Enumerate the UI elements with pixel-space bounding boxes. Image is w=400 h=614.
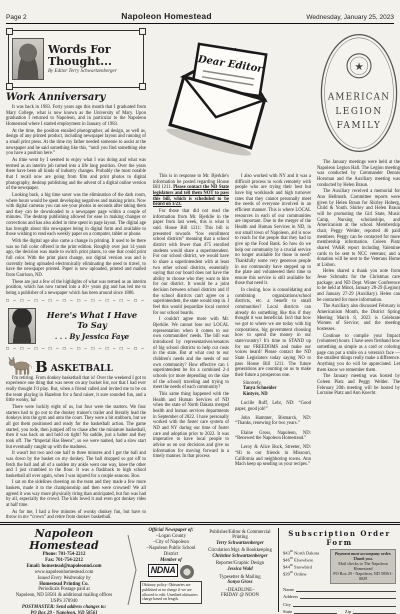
- address-field: [300, 593, 396, 599]
- letter-signature: Sincerely, Tanya Schneider Kintyre, ND: [243, 381, 311, 398]
- column-title: Here's What I Have To Say: [40, 310, 144, 330]
- staff-role: Publisher/Editor & Commercial Printing: [204, 530, 276, 542]
- field-label: Address: [283, 594, 300, 599]
- letter-paragraph: I couldn't agree more with Mr. Bjerklie.…: [153, 317, 229, 391]
- staff-name: Jessica Wald: [204, 567, 276, 573]
- field-label: Zip: [337, 609, 353, 614]
- words-for-thought-box: Words For Thought... By Editor Terry Sch…: [8, 30, 144, 88]
- column-byline: . . . By Jessica Faye: [40, 332, 144, 341]
- letter-paragraph: I also worked with NY and it was a diffi…: [235, 174, 311, 287]
- svg-text:LEGION: LEGION: [335, 107, 382, 117]
- name-field: [296, 586, 396, 592]
- signature-city: Kintyre, ND: [243, 392, 311, 398]
- form-line-state-zip: State Zip: [283, 607, 396, 614]
- member-logos: NDNA: [140, 563, 202, 579]
- legion-paragraph: The January meetings were held at the Na…: [317, 160, 400, 188]
- svg-text:FAMILY: FAMILY: [336, 121, 381, 131]
- column-left: Words For Thought... By Editor Terry Sch…: [6, 28, 146, 518]
- field-label: State: [283, 609, 294, 614]
- field-label: Name: [283, 587, 296, 592]
- ornamental-divider: □ ~ □ ~ □ ~ □ ~ □ ~ □ ~ □ ~ □ ~ □ ~ □ ~ …: [6, 299, 146, 305]
- words-for-thought-titles: Words For Thought... By Editor Terry Sch…: [48, 44, 140, 74]
- form-line-city: City: [283, 599, 396, 607]
- corner-ornament-icon: [6, 83, 13, 90]
- corner-ornament-icon: [139, 83, 146, 90]
- american-legion-emblem-icon: ★ AMERICAN LEGION FAMILY: [319, 32, 399, 154]
- columnist-photo: [8, 308, 36, 344]
- chevron-divider-icon: [127, 530, 137, 610]
- legion-paragraph: The Auxiliary received a memorial for An…: [317, 189, 400, 268]
- editor-photo: [12, 38, 44, 80]
- reader-note: Leroy & Alice Buck, Streeter, ND: “Hi to…: [235, 445, 311, 468]
- letter-paragraph: This is in response to Mr. Bjerklie's in…: [153, 174, 229, 208]
- reader-note: Elaine Gross, Napoleon, ND: “Renewed the…: [235, 431, 311, 442]
- donkey-icon: [6, 357, 32, 375]
- article-paragraph: As for me, I had a few minutes of wonky …: [6, 510, 146, 518]
- column-letter-1: This is in response to Mr. Bjerklie's in…: [153, 28, 229, 518]
- city-field: [293, 601, 396, 607]
- star-icon: ★: [354, 62, 363, 73]
- subscription-form: Subscription Order Form $4300 North Dako…: [278, 528, 396, 612]
- article-paragraph: These are just a few of the highlights o…: [6, 280, 146, 297]
- basketball-heading-row: B ASKETBALL: [6, 355, 146, 375]
- legion-paragraph: Helen shared a thank you note from Jesse…: [317, 269, 400, 303]
- heres-what-box: Here's What I Have To Say . . . By Jessi…: [6, 307, 146, 345]
- ornamental-divider: □ ~ □ ~ □ ~ □ ~ □ ~ □ ~ □ ~ □ ~ □ ~ □ ~ …: [6, 347, 146, 353]
- svg-text:AMERICAN: AMERICAN: [326, 92, 389, 102]
- article-paragraph: It was back in 1983. Forty years ago thi…: [6, 105, 146, 128]
- column-legion: ★ AMERICAN LEGION FAMILY The January mee…: [317, 28, 400, 518]
- form-line-address: Address: [283, 592, 396, 600]
- masthead: Napoleon Homestead Phone: 701-754-2212 F…: [0, 522, 400, 614]
- letter-paragraph: This same thing happened with the Health…: [153, 392, 229, 460]
- obituary-policy: Obituary policy: Obituaries are publishe…: [140, 581, 202, 603]
- staff-name: Christine Schwartzenberger: [204, 554, 276, 560]
- ndna-logo: NDNA: [148, 564, 179, 577]
- article-paragraph: At the time, the position entailed photo…: [6, 129, 146, 157]
- basketball-dropcap: B: [35, 360, 48, 375]
- article-paragraph: I'm retiring. From donkey basketball tha…: [6, 376, 146, 404]
- column-title: Words For Thought...: [48, 44, 140, 68]
- corner-ornament-icon: [139, 28, 146, 35]
- heres-what-titles: Here's What I Have To Say . . . By Jessi…: [40, 310, 144, 341]
- article-paragraph: It wasn't but two and one half to three …: [6, 451, 146, 479]
- newspaper-title: Napoleon Homestead: [121, 11, 212, 21]
- zip-field: [353, 608, 396, 614]
- article-paragraph: As time went by I seemed to enjoy what I…: [6, 158, 146, 192]
- rate-item: $4300 North Dakota: [283, 549, 327, 556]
- letter-paragraph: For those that did not read the informat…: [153, 209, 229, 316]
- page-header: Page 2 Napoleon Homestead Wednesday, Jan…: [6, 3, 394, 24]
- association-seal-icon: [180, 565, 194, 579]
- page-content: Words For Thought... By Editor Terry Sch…: [6, 26, 394, 518]
- article-title-basketball: ASKETBALL: [51, 364, 113, 375]
- issue-date: Wednesday, January 25, 2023: [306, 14, 394, 21]
- legion-paragraph: The January meeting was hosted by Coleen…: [317, 374, 400, 397]
- staff-name: Terry Schwartzenberger: [204, 541, 276, 547]
- reader-note: Lucille Ruff, Lehr, ND: “Good paper, goo…: [235, 401, 311, 412]
- column-letter-2: I also worked with NY and it was a diffi…: [235, 28, 311, 518]
- subscription-title: Subscription Order Form: [283, 529, 396, 547]
- masthead-staff: Publisher/Editor & Commercial Printing T…: [204, 528, 276, 612]
- rate-item: $4400 Snowbird: [283, 563, 327, 570]
- masthead-official: Official Newspaper of: –Logan County –Ci…: [140, 528, 202, 612]
- form-line-name: Name: [283, 584, 396, 592]
- article-title-work-anniversary: Work Anniversary: [6, 92, 146, 103]
- letter-paragraph: In closing, how is consolidating and com…: [235, 288, 311, 379]
- newspaper-page: Page 2 Napoleon Homestead Wednesday, Jan…: [0, 0, 400, 614]
- article-paragraph: With the digital age also came a change …: [6, 239, 146, 279]
- masthead-divider: [126, 528, 138, 612]
- state-field: [294, 608, 337, 614]
- staff-name: Sonya Gross: [204, 580, 276, 586]
- subscription-rates: $4300 North Dakota $4600 Elsewhere $4400…: [283, 549, 327, 584]
- payment-note: PO Box 29 - Napoleon, ND 58561-0029: [333, 572, 393, 582]
- payment-note-box: Payment must accompany order. Thank you.…: [330, 549, 396, 584]
- subscription-rates-row: $4300 North Dakota $4600 Elsewhere $4400…: [283, 549, 396, 584]
- column-byline: By Editor Terry Schwartzenberger: [48, 69, 140, 74]
- rate-item: $4600 Elsewhere: [283, 556, 327, 563]
- article-paragraph: Looking back, a big time saver was the e…: [6, 193, 146, 238]
- article-paragraph: I sat on the sidelines cheering on the t…: [6, 480, 146, 508]
- field-label: City: [283, 602, 293, 607]
- legion-paragraph: The Auxiliary also discussed February is…: [317, 304, 400, 332]
- article-paragraph: There were luckily eight of us, but four…: [6, 405, 146, 450]
- deadline-value: FRIDAY @ NOON: [204, 593, 276, 599]
- masthead-contact: Napoleon Homestead Phone: 701-754-2212 F…: [4, 528, 124, 612]
- rate-item: $3900 Online: [283, 570, 327, 577]
- reader-note: John Hammer, Bismarck, ND: “Thanks, rene…: [235, 416, 311, 427]
- page-number: Page 2: [6, 14, 27, 21]
- masthead-paper-name: Napoleon Homestead: [4, 528, 124, 552]
- legion-paragraph: Continue to compile your Impact (volunte…: [317, 334, 400, 374]
- official-item: –Napoleon Public School District: [140, 546, 202, 558]
- corner-ornament-icon: [6, 28, 13, 35]
